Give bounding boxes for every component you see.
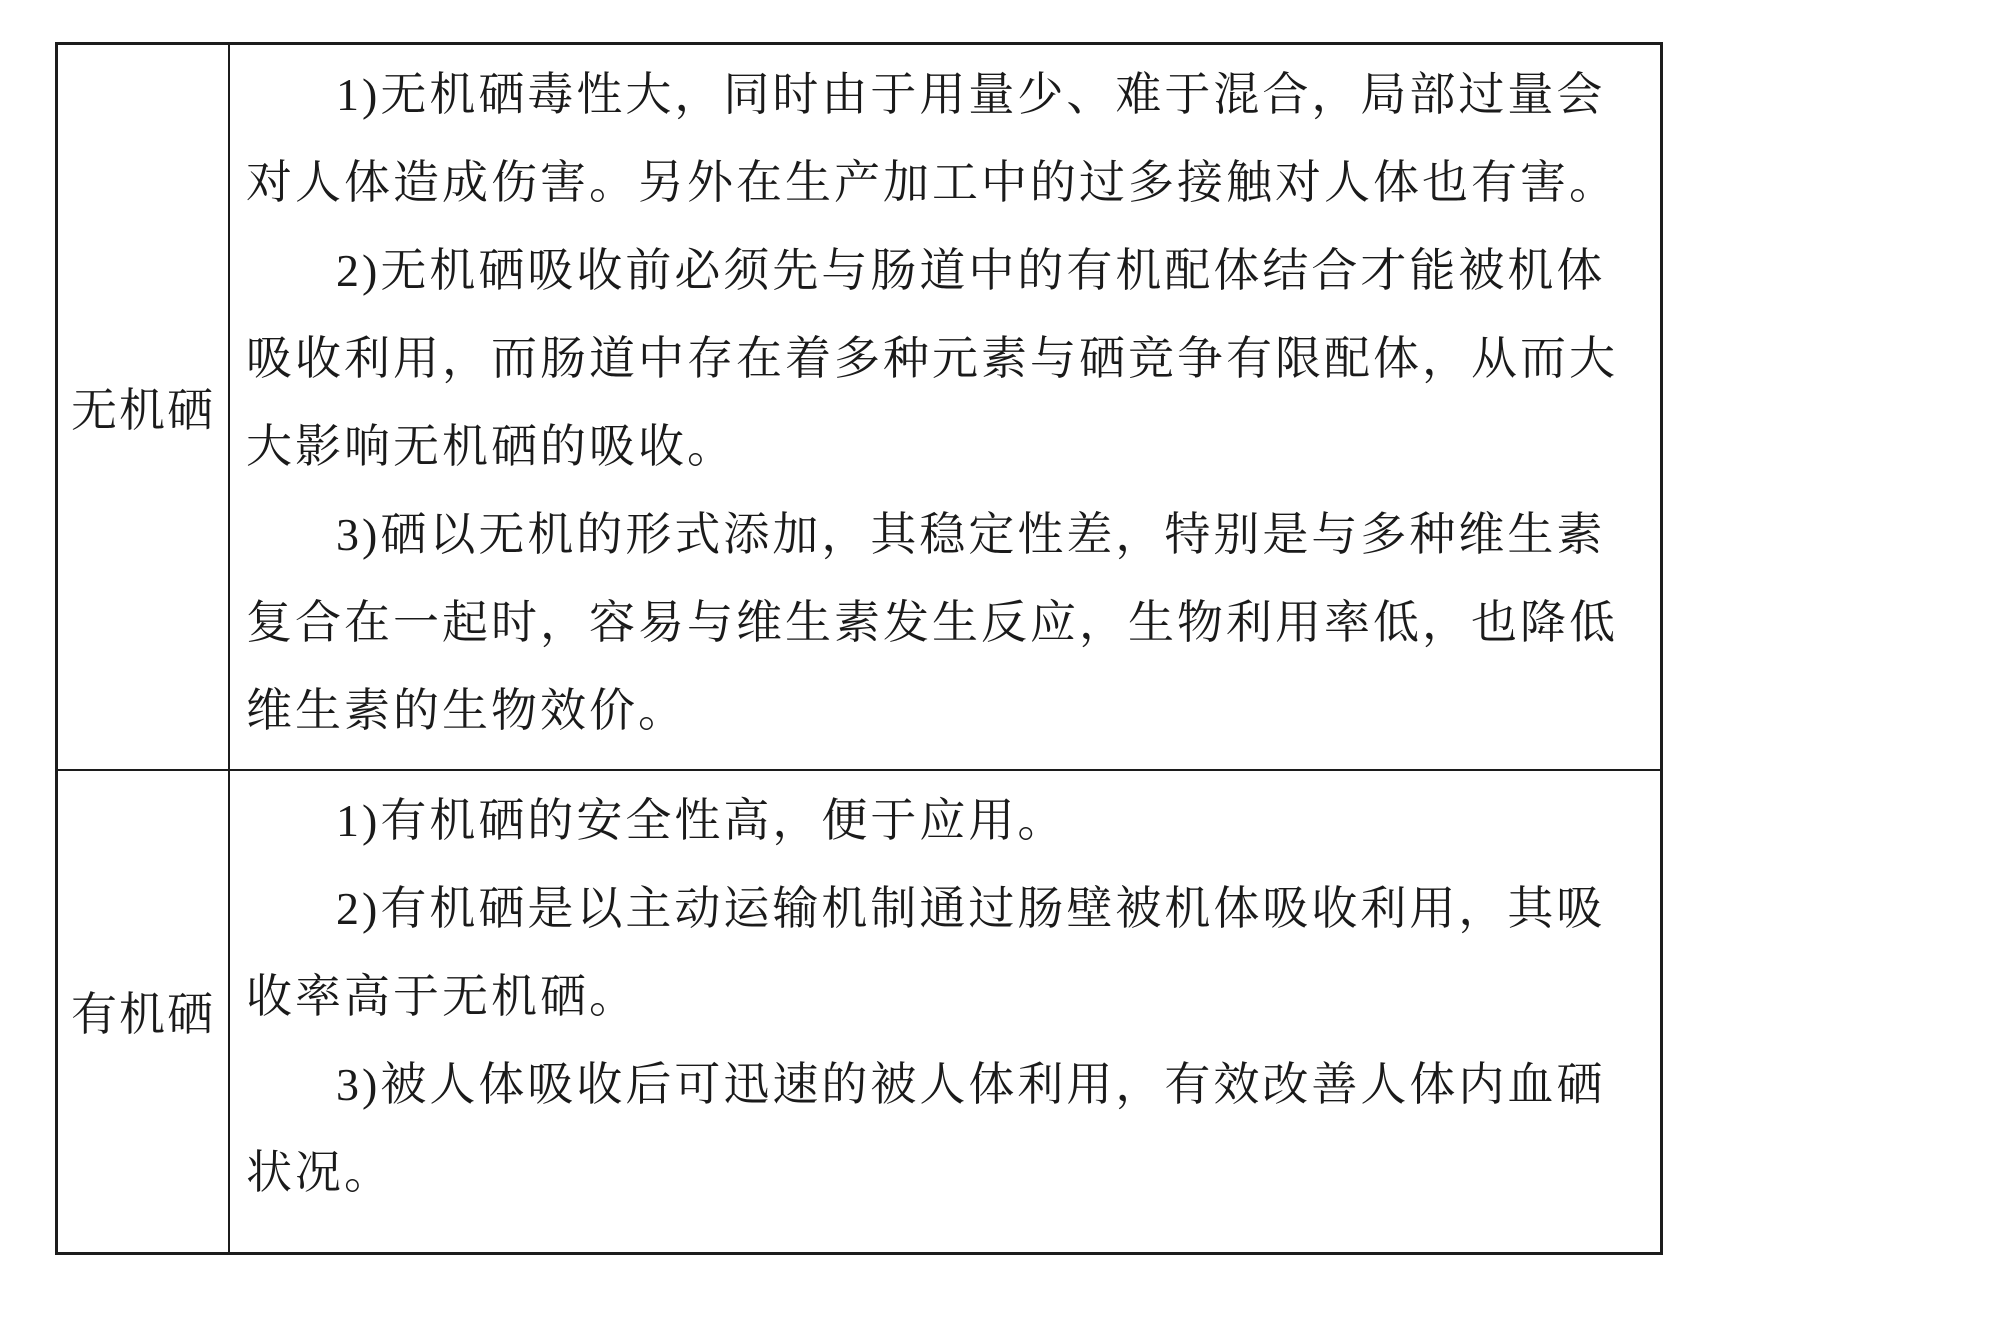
- text-line: 复合在一起时，容易与维生素发生反应，生物利用率低，也降低: [246, 579, 1648, 667]
- text-line: 维生素的生物效价。: [246, 667, 1648, 755]
- text-line: 1)有机硒的安全性高，便于应用。: [246, 777, 1648, 865]
- text-line: 吸收利用，而肠道中存在着多种元素与硒竞争有限配体，从而大: [246, 315, 1648, 403]
- text-line: 3)被人体吸收后可迅速的被人体利用，有效改善人体内血硒: [246, 1041, 1648, 1129]
- selenium-comparison-table: 无机硒 1)无机硒毒性大，同时由于用量少、难于混合，局部过量会对人体造成伤害。另…: [55, 42, 1663, 1255]
- row-label: 有机硒: [57, 770, 230, 1254]
- table-row: 有机硒 1)有机硒的安全性高，便于应用。2)有机硒是以主动运输机制通过肠壁被机体…: [57, 770, 1662, 1254]
- text-line: 大影响无机硒的吸收。: [246, 403, 1648, 491]
- row-content: 1)有机硒的安全性高，便于应用。2)有机硒是以主动运输机制通过肠壁被机体吸收利用…: [229, 770, 1662, 1254]
- text-line: 3)硒以无机的形式添加，其稳定性差，特别是与多种维生素: [246, 491, 1648, 579]
- text-line: 状况。: [246, 1129, 1648, 1217]
- text-line: 1)无机硒毒性大，同时由于用量少、难于混合，局部过量会: [246, 51, 1648, 139]
- document-page: 无机硒 1)无机硒毒性大，同时由于用量少、难于混合，局部过量会对人体造成伤害。另…: [0, 42, 1998, 1255]
- table-body: 无机硒 1)无机硒毒性大，同时由于用量少、难于混合，局部过量会对人体造成伤害。另…: [57, 44, 1662, 1254]
- table-row: 无机硒 1)无机硒毒性大，同时由于用量少、难于混合，局部过量会对人体造成伤害。另…: [57, 44, 1662, 770]
- row-content: 1)无机硒毒性大，同时由于用量少、难于混合，局部过量会对人体造成伤害。另外在生产…: [229, 44, 1662, 770]
- text-line: 对人体造成伤害。另外在生产加工中的过多接触对人体也有害。: [246, 139, 1648, 227]
- row-label: 无机硒: [57, 44, 230, 770]
- text-line: 2)有机硒是以主动运输机制通过肠壁被机体吸收利用，其吸: [246, 865, 1648, 953]
- text-line: 2)无机硒吸收前必须先与肠道中的有机配体结合才能被机体: [246, 227, 1648, 315]
- text-line: 收率高于无机硒。: [246, 953, 1648, 1041]
